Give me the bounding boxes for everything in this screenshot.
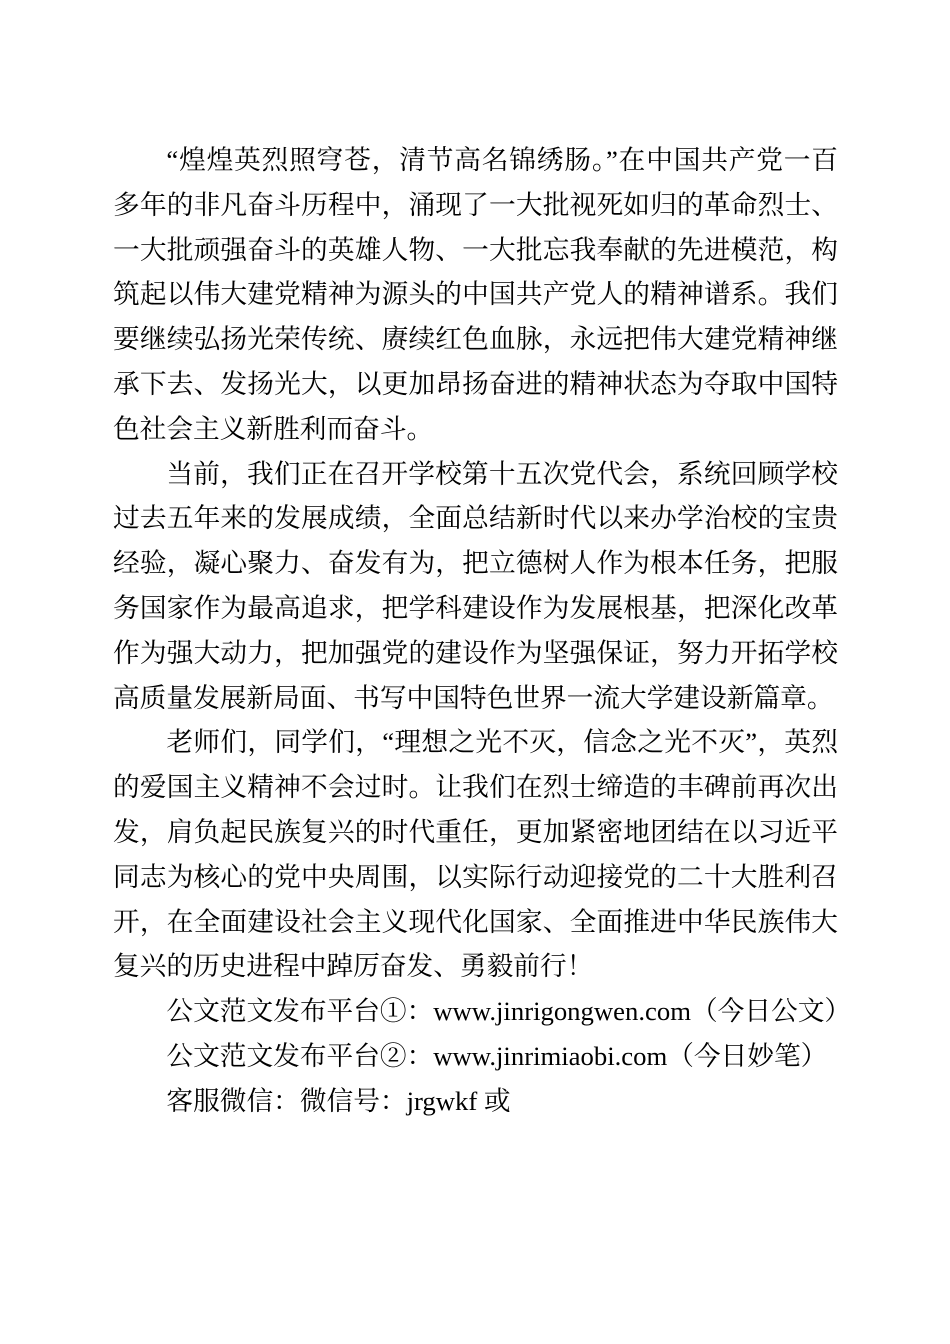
paragraph-3: 老师们，同学们，“理想之光不灭，信念之光不灭”，英烈的爱国主义精神不会过时。让我… xyxy=(113,720,838,989)
paragraph-6: 客服微信：微信号：jrgwkf 或 xyxy=(113,1079,838,1124)
document-body: “煌煌英烈照穹苍，清节高名锦绣肠。”在中国共产党一百多年的非凡奋斗历程中，涌现了… xyxy=(113,138,838,1124)
paragraph-4: 公文范文发布平台①：www.jinrigongwen.com（今日公文） xyxy=(113,989,838,1034)
paragraph-2: 当前，我们正在召开学校第十五次党代会，系统回顾学校过去五年来的发展成绩，全面总结… xyxy=(113,452,838,721)
paragraph-5: 公文范文发布平台②：www.jinrimiaobi.com（今日妙笔） xyxy=(113,1034,838,1079)
document-page: “煌煌英烈照穹苍，清节高名锦绣肠。”在中国共产党一百多年的非凡奋斗历程中，涌现了… xyxy=(0,0,950,1344)
paragraph-1: “煌煌英烈照穹苍，清节高名锦绣肠。”在中国共产党一百多年的非凡奋斗历程中，涌现了… xyxy=(113,138,838,452)
